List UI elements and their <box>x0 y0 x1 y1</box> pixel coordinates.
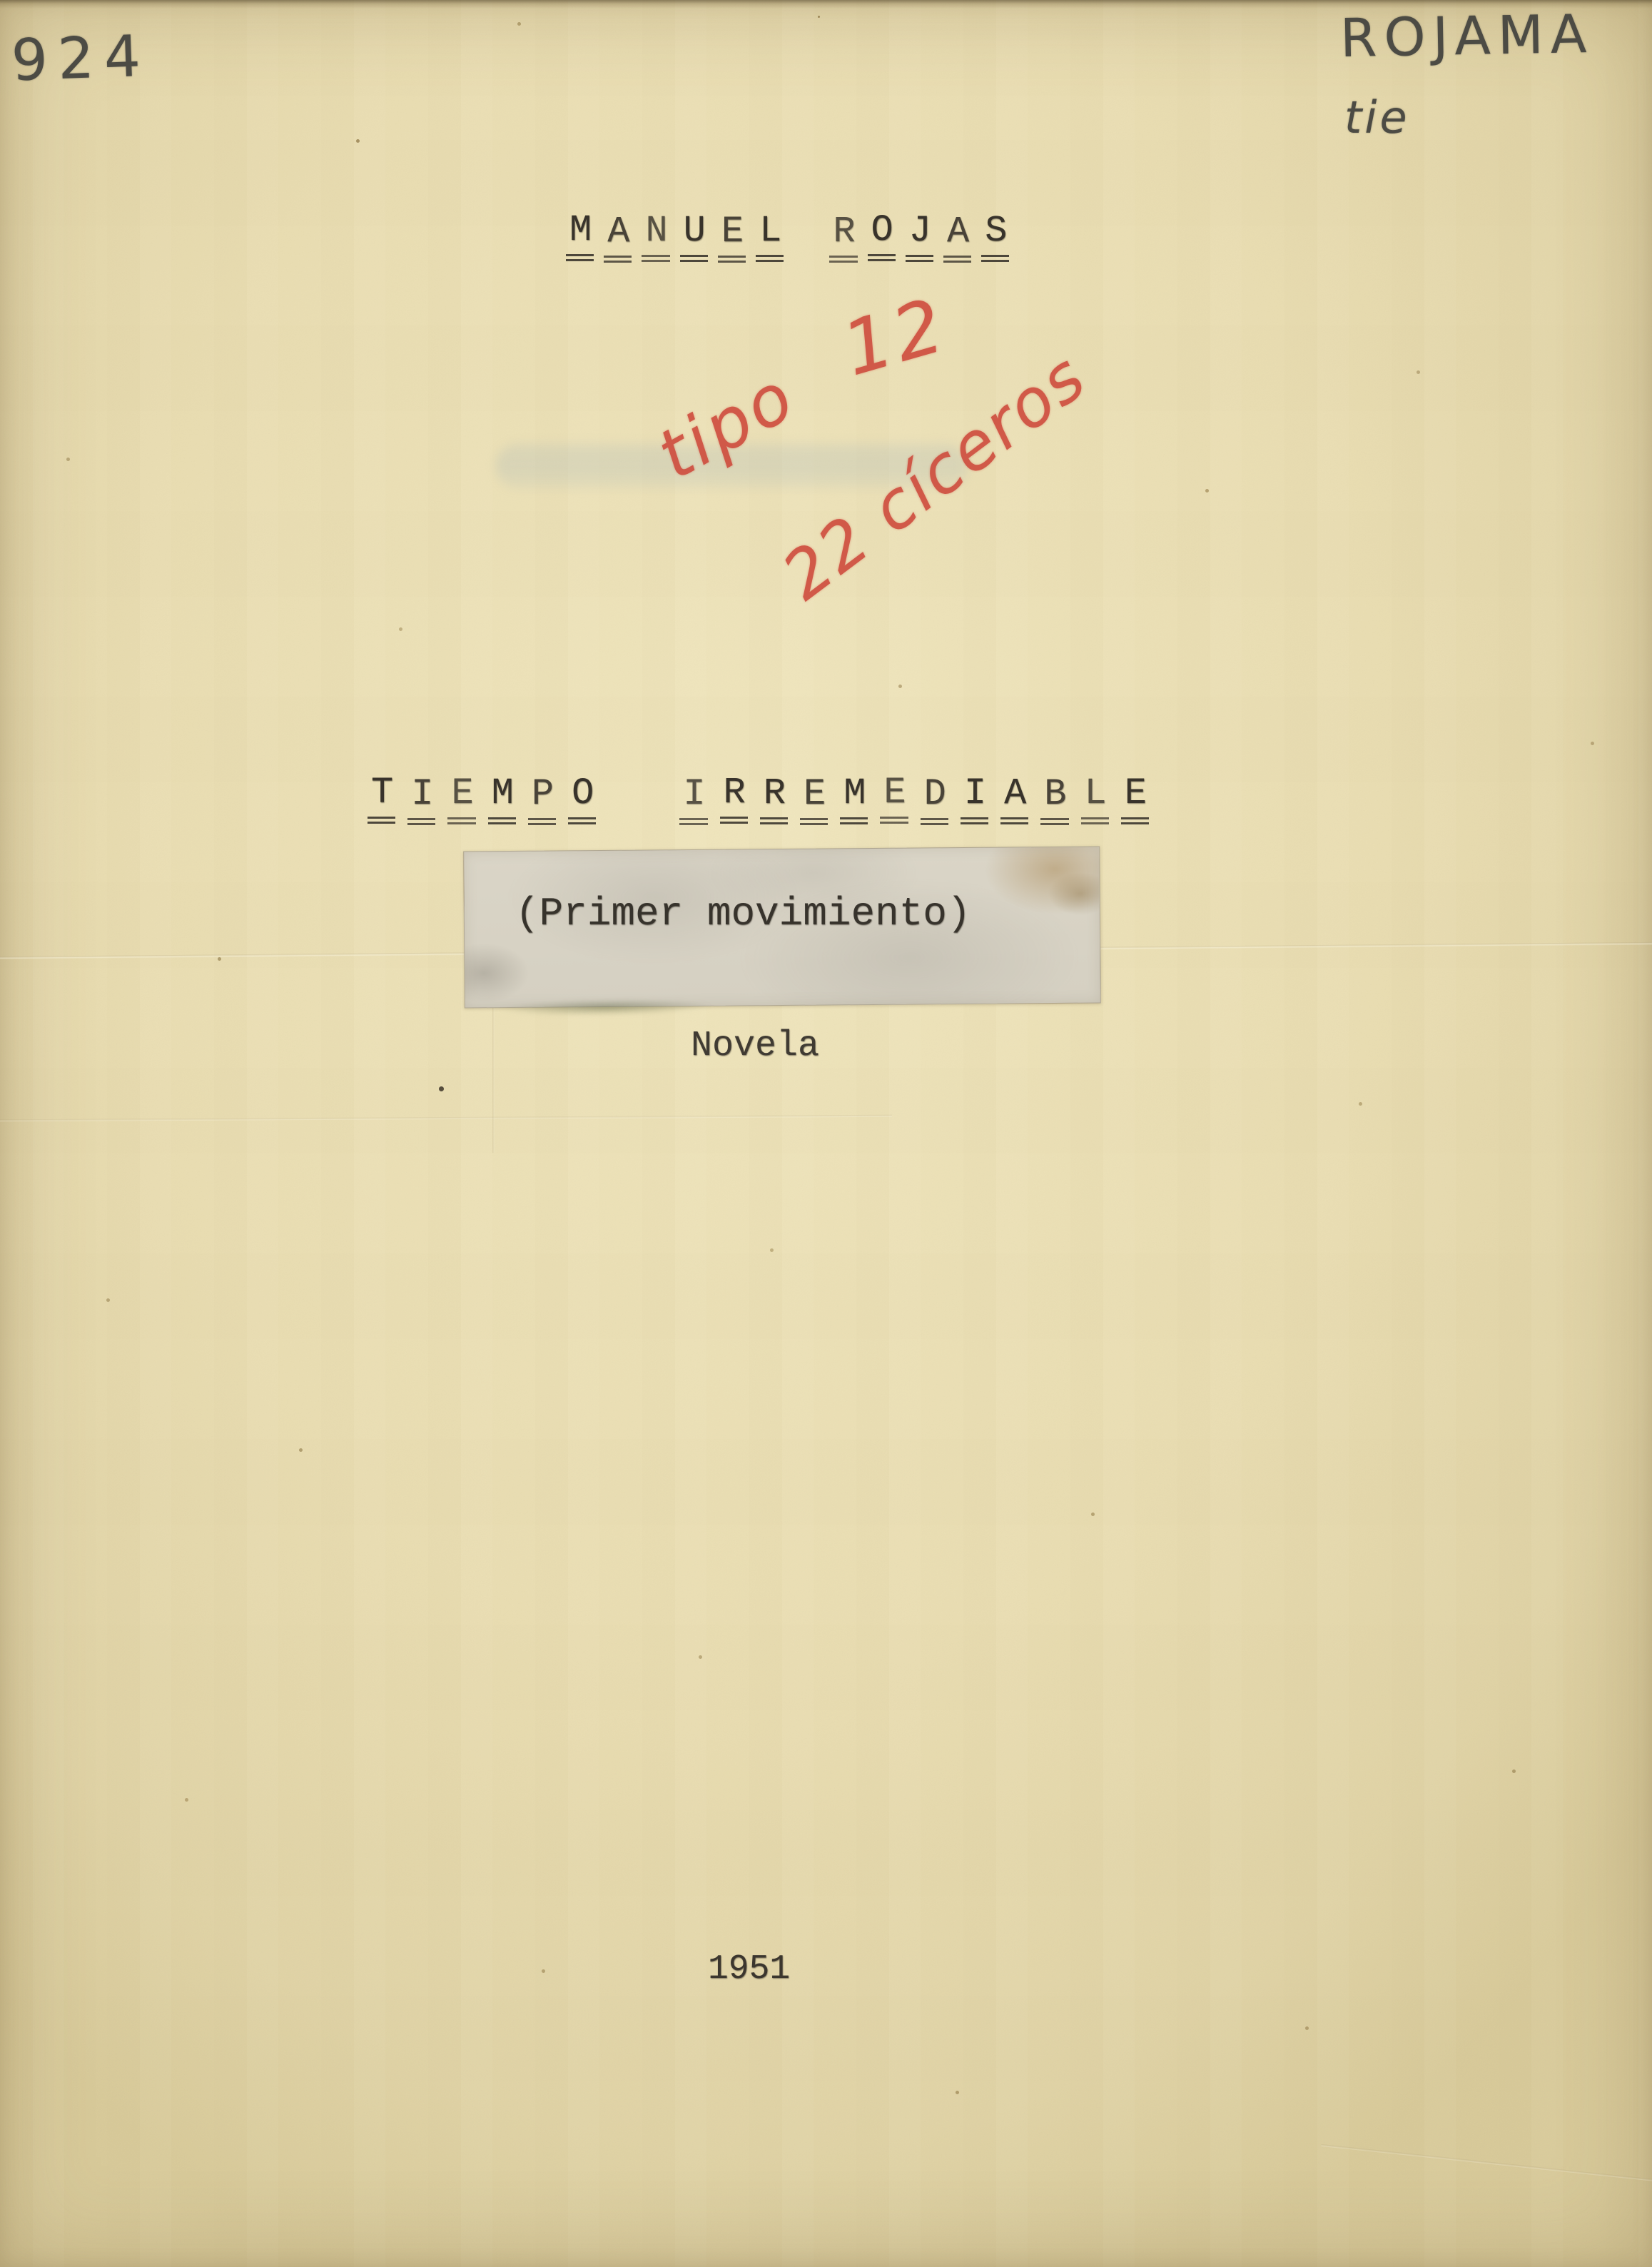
paper-streaks <box>0 0 1652 2267</box>
red-cicero-note: 22 cíceros <box>772 343 1098 610</box>
year-label: 1951 <box>708 1952 790 1986</box>
manuscript-title-page: 924 ROJAMA tie MANUELROJAS tipo 12 22 cí… <box>0 0 1652 2267</box>
book-title: TIEMPOIRREMEDIABLE <box>371 775 1165 812</box>
paper-texture <box>0 0 1652 2267</box>
paper-crease <box>1321 2144 1652 2183</box>
paper-crease <box>0 1115 892 1122</box>
pencil-owner-annotation-line2: tie <box>1344 96 1410 140</box>
red-type-size-note: 12 <box>835 287 954 387</box>
paper-vignette <box>0 0 1652 2267</box>
red-type-note: tipo <box>647 361 805 490</box>
movement-subtitle: (Primer movimiento) <box>515 894 971 934</box>
pencil-owner-annotation-line1: ROJAMA <box>1339 8 1594 65</box>
author-name: MANUELROJAS <box>569 213 1023 250</box>
pencil-number-annotation: 924 <box>11 28 151 90</box>
paper-speckles <box>0 0 2 2</box>
genre-label: Novela <box>691 1029 819 1064</box>
